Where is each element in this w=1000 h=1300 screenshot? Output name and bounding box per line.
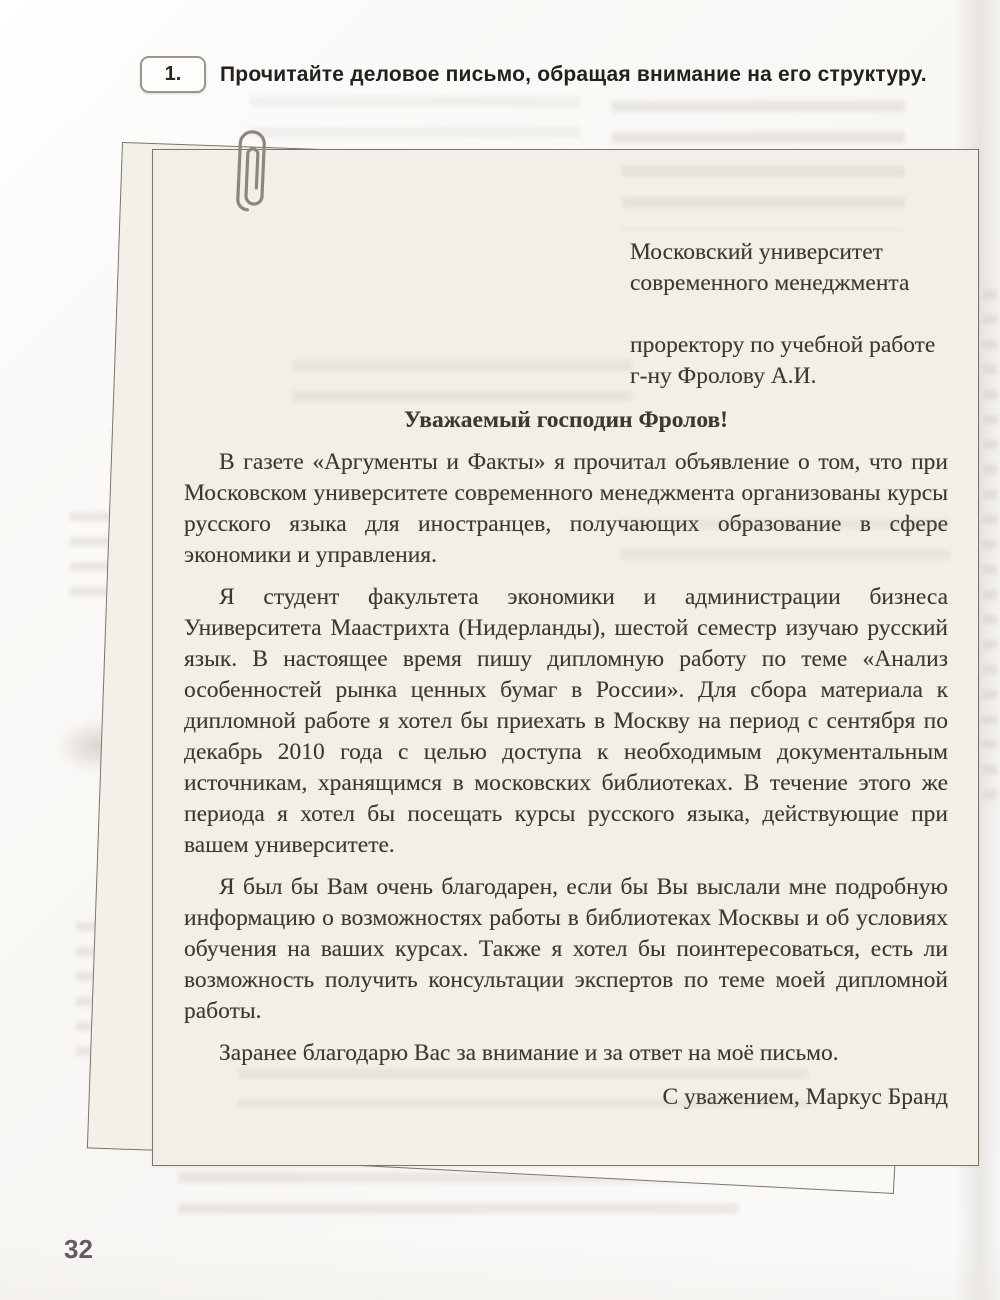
book-page: 1. Прочитайте деловое письмо, обращая вн… [0, 0, 1000, 1300]
letter-sheet: Московский университет современного мене… [152, 149, 979, 1166]
paperclip-icon [231, 123, 277, 223]
bleedthrough-lines [612, 101, 905, 145]
letter-closing: Заранее благодарю Вас за внимание и за о… [184, 1038, 948, 1069]
exercise-number-badge: 1. [140, 56, 206, 93]
page-bottom-shadow [0, 1240, 1000, 1300]
addressee-line: проректору по учебной работе [630, 330, 948, 361]
exercise-number: 1. [165, 63, 182, 86]
bleedthrough-lines [250, 96, 580, 142]
letter-salutation: Уважаемый господин Фролов! [184, 405, 948, 436]
paperclip-glyph [231, 123, 277, 223]
business-letter: Московский университет современного мене… [184, 237, 948, 1113]
addressee-line: г-ну Фролову А.И. [630, 361, 948, 392]
recipient-line: Московский университет [630, 237, 948, 268]
page-number: 32 [64, 1234, 93, 1265]
letter-paragraph: Я студент факультета экономики и админис… [184, 582, 948, 861]
recipient-line: современного менеджмента [630, 268, 948, 299]
address-gap [630, 299, 948, 330]
letter-signature: С уважением, Маркус Бранд [184, 1082, 948, 1113]
letter-recipient-block: Московский университет современного мене… [630, 237, 948, 392]
letter-paragraph: В газете «Аргументы и Факты» я прочитал … [184, 447, 948, 571]
exercise-heading: 1. Прочитайте деловое письмо, обращая вн… [140, 56, 927, 93]
letter-paragraph: Я был бы Вам очень благодарен, если бы В… [184, 872, 948, 1027]
exercise-instruction: Прочитайте деловое письмо, обращая внима… [220, 63, 927, 87]
